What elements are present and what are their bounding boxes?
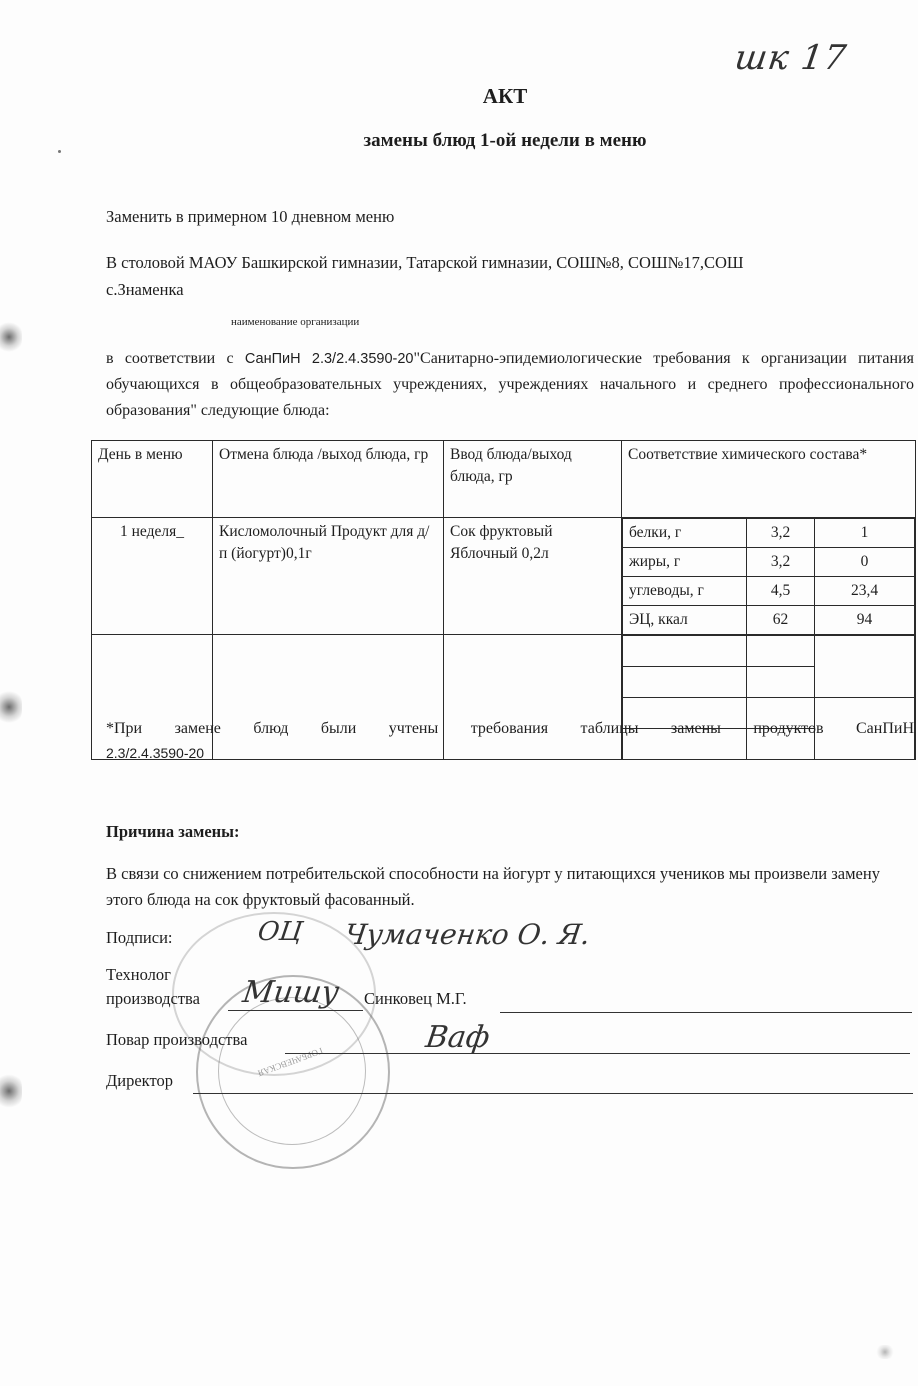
handwritten-corner-note: шк 17 [732,38,849,78]
organization-text: В столовой МАОУ Башкирской гимназии, Тат… [106,249,918,303]
nutrient-name: жиры, г [623,548,747,577]
footnote-text: *При замене блюд были учтены требования … [106,717,914,741]
cell-day: 1 неделя_ [92,518,213,635]
organization-line-2: с.Знаменка [106,276,918,303]
nutrient-old-value [747,636,815,667]
cook-label: Повар производства [106,1030,247,1050]
cell-cancelled-dish: Кисломолочный Продукт для д/п (йогурт)0,… [213,518,444,635]
composition-row: жиры, г 3,2 0 [623,548,915,577]
composition-row: ЭЦ, ккал 62 94 [623,606,915,635]
handwritten-initial: ОЦ [256,917,304,947]
technologist-label: Технолог [106,965,171,985]
reason-label: Причина замены: [106,822,240,842]
cell-composition: белки, г 3,2 1 жиры, г 3,2 0 углеводы, г… [622,518,916,635]
header-day: День в меню [92,441,213,518]
header-composition: Соответствие химического состава* [622,441,916,518]
technologist-signature-line [228,1010,363,1011]
nutrient-new-value [815,636,915,698]
director-label: Директор [106,1071,173,1091]
document-title: АКТ [0,84,918,109]
scan-smudge [0,322,22,352]
technologist-label-2: производства [106,989,200,1009]
nutrient-name: углеводы, г [623,577,747,606]
compliance-paragraph: в соответствии с СанПиН 2.3/2.4.3590-20"… [106,346,914,424]
organization-caption: наименование организации [231,316,359,328]
nutrient-old-value [747,667,815,698]
intro-line: Заменить в примерном 10 дневном меню [106,207,394,227]
cook-signature-line [285,1053,910,1054]
table-header-row: День в меню Отмена блюда /выход блюда, г… [92,441,916,518]
document-subtitle: замены блюд 1-ой недели в меню [0,130,918,152]
nutrient-old-value: 3,2 [747,519,815,548]
nutrient-name: белки, г [623,519,747,548]
director-signature-line [193,1093,913,1094]
technologist-signature: Мишу [241,975,342,1010]
scan-smudge [0,1073,22,1109]
table-row: 1 неделя_ Кисломолочный Продукт для д/п … [92,518,916,635]
organization-line-1: В столовой МАОУ Башкирской гимназии, Тат… [106,249,918,276]
scan-smudge [0,690,22,724]
nutrient-old-value: 62 [747,606,815,635]
nutrient-name [623,667,747,698]
header-new-dish: Ввод блюда/выход блюда, гр [444,441,622,518]
nutrient-new-value: 23,4 [815,577,915,606]
nutrient-new-value: 1 [815,519,915,548]
nutrient-name: ЭЦ, ккал [623,606,747,635]
nutrient-old-value: 3,2 [747,548,815,577]
compliance-code: СанПиН 2.3/2.4.3590-20 [245,351,414,367]
composition-row [623,636,915,667]
cell-new-dish: Сок фруктовый Яблочный 0,2л [444,518,622,635]
composition-table: белки, г 3,2 1 жиры, г 3,2 0 углеводы, г… [622,518,915,634]
composition-row: углеводы, г 4,5 23,4 [623,577,915,606]
nutrient-new-value: 0 [815,548,915,577]
nutrient-new-value: 94 [815,606,915,635]
cook-signature: Ваф [424,1020,492,1055]
footnote: *При замене блюд были учтены требования … [106,717,914,765]
footnote-code: 2.3/2.4.3590-20 [106,741,914,765]
technologist-name: Синковец М.Г. [364,989,467,1009]
compliance-prefix: в соответствии с [106,350,245,367]
technologist-extra-line [500,1012,912,1013]
stamp-inner-ring [218,997,366,1145]
handwritten-name: Чумаченко О. Я. [343,918,593,951]
reason-text: В связи со снижением потребительской спо… [106,861,916,913]
nutrient-old-value: 4,5 [747,577,815,606]
scan-smudge [876,1345,894,1359]
header-cancelled-dish: Отмена блюда /выход блюда, гр [213,441,444,518]
nutrient-name [623,636,747,667]
dish-replacement-table: День в меню Отмена блюда /выход блюда, г… [91,440,916,760]
signatures-label: Подписи: [106,928,172,948]
composition-row: белки, г 3,2 1 [623,519,915,548]
